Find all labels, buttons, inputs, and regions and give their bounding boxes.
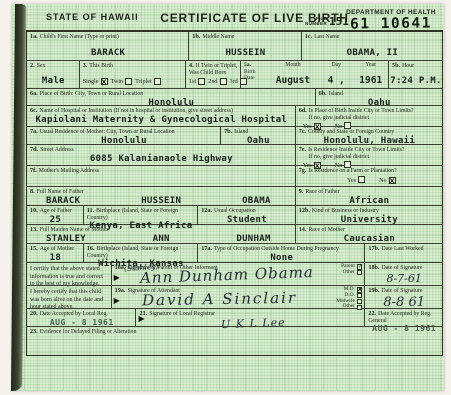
field-date-accepted-general: 22.Date Accepted by Reg. General AUG - 8… (365, 309, 442, 326)
field-child-last-name: 1c.Last Name OBAMA, II (302, 32, 442, 60)
mother-last-name: DUNHAM (236, 234, 270, 244)
father-last-name: OBAMA (242, 196, 271, 206)
field-mother-birthplace: 16.Birthplace (Island, State or Foreign … (84, 244, 198, 262)
date-last-worked-value (368, 253, 440, 261)
mother-race-value: Caucasian (299, 234, 440, 245)
father-middle-name: HUSSEIN (141, 196, 181, 206)
birth-day: Day 4 , (319, 61, 354, 88)
department-header: DEPARTMENT OF HEALTH 61 10641 (340, 9, 442, 32)
field-mother-maiden-name: 13.Full Maiden Name of Mother STANLEY AN… (27, 225, 296, 243)
mother-occupation-value: None (201, 253, 362, 264)
checkbox-parent: ✓ (357, 264, 363, 270)
birth-year: Year 1961 (353, 61, 388, 88)
evidence-value (30, 336, 440, 354)
row-mailing-address: 7f.Mother's Mailing Address 7g.Is Reside… (27, 166, 442, 187)
scanned-page: STATE OF HAWAII CERTIFICATE OF LIVE BIRT… (0, 0, 451, 395)
father-industry-value: University (299, 215, 440, 226)
field-residence-county: 7c.County and State or Foreign Country H… (296, 127, 442, 144)
row-mother-details: 15.Age of Mother 18 16.Birthplace (Islan… (27, 244, 442, 263)
checkbox-do (357, 293, 363, 299)
field-father-industry: 12b.Kind of Business or Industry Univers… (296, 206, 442, 224)
row-birth-details: 2.Sex Male 3.This Birth SingleX Twin Tri… (27, 61, 442, 89)
field-date-last-worked: 17b.Date Last Worked (365, 244, 442, 262)
field-attendant-signature-date: 19b.Date of Signature 8-8 61 (365, 286, 442, 308)
row-informant-signature: I certify that the above stated informat… (27, 263, 442, 286)
state-title: STATE OF HAWAII (46, 12, 139, 22)
field-place-of-birth: 6a.Place of Birth: City, Town or Rural L… (27, 89, 316, 105)
file-number-label: FILENUMBER (305, 16, 327, 27)
field-hour: 5b.Hour 7:24 P.M. (389, 61, 442, 88)
row-mother-name: 13.Full Maiden Name of Mother STANLEY AN… (27, 225, 442, 244)
field-father-race: 9.Race of Father African (296, 187, 442, 205)
field-birth-inside-limits: 6d.Is Place of Birth Inside City or Town… (296, 106, 442, 126)
row-street-address: 7d.Street Address 6085 Kalanianaole High… (27, 145, 442, 166)
checkbox-midwife (357, 299, 363, 305)
hour-value: 7:24 P.M. (392, 70, 440, 87)
signature-arrow-icon: ▶ (138, 315, 144, 323)
birth-month-value: August (267, 68, 319, 88)
street-address-value: 6085 Kalanianaole Highway (30, 154, 293, 165)
checkbox-single: X (101, 78, 108, 85)
row-child-name: 1a.Child's First Name (Type or print) BA… (27, 32, 442, 61)
field-father-age: 10.Age of Father 25 (27, 206, 84, 224)
field-birth-date: 5a.Birth Date Month August Day 4 , Year … (241, 61, 389, 88)
binding-edge (11, 4, 27, 391)
field-informant-signature: 18a.Signature of Parent or Other Informa… (112, 263, 366, 285)
child-first-name-value: BARACK (30, 41, 186, 59)
field-mother-race: 14.Race of Mother Caucasian (296, 225, 442, 243)
field-mother-age: 15.Age of Mother 18 (27, 244, 84, 262)
local-registrar-date-stamp: AUG - 8 1961 (50, 318, 114, 327)
birth-month: Month August (267, 61, 319, 88)
mother-first-name: STANLEY (46, 234, 86, 244)
field-father-name: 8.Full Name of Father BARACK HUSSEIN OBA… (27, 187, 296, 205)
field-sex: 2.Sex Male (27, 61, 80, 88)
field-mother-occupation: 17a.Type of Occupation Outside Home Duri… (198, 244, 365, 262)
field-residence-island: 7b.Island Oahu (221, 127, 296, 144)
child-middle-name-value: HUSSEIN (192, 41, 298, 59)
field-local-registrar-signature: 21.Signature of Local Registrar ▶ U K L … (136, 309, 365, 326)
field-mother-mailing-address: 7f.Mother's Mailing Address (27, 166, 296, 186)
father-age-value: 25 (30, 215, 81, 226)
field-this-birth: 3.This Birth SingleX Twin Triplet (80, 61, 186, 88)
mother-middle-name: ANN (153, 234, 170, 244)
attendant-signature-date-value: 8-8 61 (368, 295, 440, 310)
row-mother-residence: 7a.Usual Residence of Mother: City, Town… (27, 127, 442, 145)
birth-day-value: 4 , (319, 68, 354, 88)
row-attendant-signature: I hereby certify that this child was bor… (27, 286, 442, 309)
mother-mailing-address-value (30, 175, 293, 185)
certificate: STATE OF HAWAII CERTIFICATE OF LIVE BIRT… (12, 4, 444, 391)
field-child-first-name: 1a.Child's First Name (Type or print) BA… (27, 32, 189, 60)
mother-age-value: 18 (30, 253, 81, 264)
father-first-name: BARACK (46, 196, 80, 206)
row-place-of-birth: 6a.Place of Birth: City, Town or Rural L… (27, 89, 442, 106)
field-twin-order: 4.If Twin or Triplet, Was Child Born 1st… (186, 61, 241, 88)
field-farm-or-plantation: 7g.Is Residence on a Farm or Plantation?… (296, 166, 442, 186)
field-date-accepted-local: 20.Date Accepted by Local Reg. AUG - 8 1… (27, 309, 136, 326)
row-father-name: 8.Full Name of Father BARACK HUSSEIN OBA… (27, 187, 442, 206)
signature-arrow-icon: ▶ (114, 274, 120, 282)
birth-year-value: 1961 (353, 68, 388, 88)
field-father-birthplace: 11.Birthplace (Island, State or Foreign … (84, 206, 198, 224)
row-registrar: 20.Date Accepted by Local Reg. AUG - 8 1… (27, 309, 442, 327)
child-last-name-value: OBAMA, II (305, 41, 440, 59)
certificate-form: 1a.Child's First Name (Type or print) BA… (26, 30, 443, 356)
attendant-certify-statement: I hereby certify that this child was bor… (27, 286, 112, 308)
field-birth-island: 6b.Island Oahu (316, 89, 442, 105)
checkbox-7g-no: X (389, 177, 396, 184)
sex-value: Male (30, 70, 77, 87)
field-child-middle-name: 1b.Middle Name HUSSEIN (189, 32, 301, 60)
signature-arrow-icon: ▶ (114, 297, 120, 305)
checkbox-twin (125, 78, 132, 85)
field-evidence-delayed-filing: 23.Evidence for Delayed Filing or Altera… (27, 327, 442, 355)
field-father-occupation: 12a.Usual Occupation Student (198, 206, 296, 224)
checkbox-7g-yes (358, 176, 365, 183)
checkbox-2nd (220, 78, 227, 85)
checkbox-md: X (357, 287, 363, 293)
row-evidence: 23.Evidence for Delayed Filing or Altera… (27, 327, 442, 355)
hospital-value: Kapiolani Maternity & Gynecological Hosp… (30, 115, 293, 126)
field-attendant-signature: 19a.Signature of Attendant ▶ David A Sin… (112, 286, 366, 308)
field-street-address: 7d.Street Address 6085 Kalanianaole High… (27, 145, 296, 165)
field-informant-signature-date: 18b.Date of Signature 8-7-61 (365, 263, 442, 285)
checkbox-triplet (154, 78, 161, 85)
field-mother-residence-city: 7a.Usual Residence of Mother: City, Town… (27, 127, 221, 144)
informant-certify-statement: I certify that the above stated informat… (27, 263, 112, 285)
checkbox-1st (198, 78, 205, 85)
checkbox-other-informant (357, 270, 363, 276)
row-hospital: 6c.Name of Hospital or Institution (If n… (27, 106, 442, 127)
informant-signature-date-value: 8-7-61 (368, 272, 440, 285)
field-hospital: 6c.Name of Hospital or Institution (If n… (27, 106, 296, 126)
field-residence-inside-limits: 7e.Is Residence Inside City or Town Limi… (296, 145, 442, 165)
attendant-signature: David A Sinclair (141, 289, 296, 310)
row-father-details: 10.Age of Father 25 11.Birthplace (Islan… (27, 206, 442, 225)
father-occupation-value: Student (201, 215, 293, 226)
father-race-value: African (299, 196, 440, 207)
